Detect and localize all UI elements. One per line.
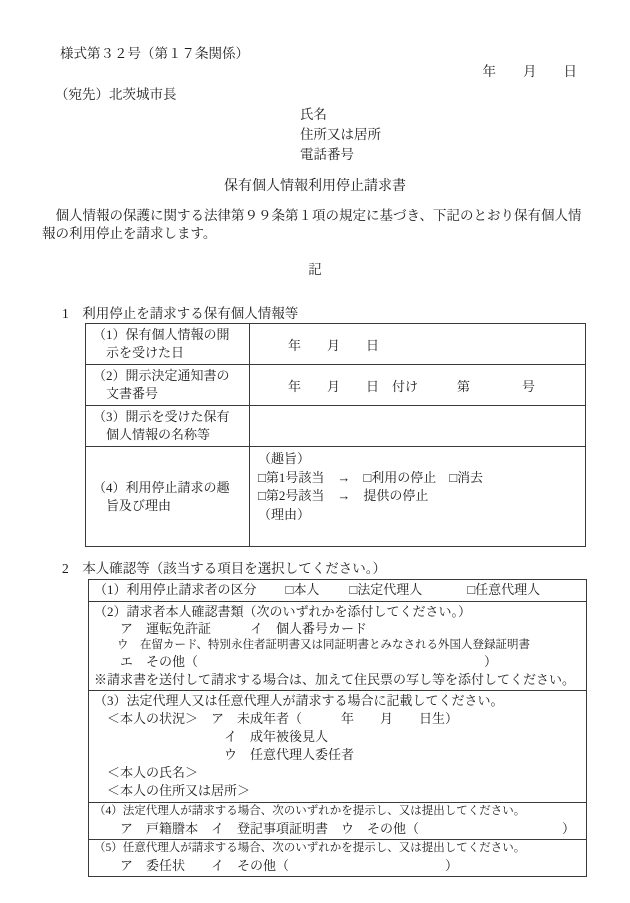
table-row: （3）開示を受けた保有 個人情報の名称等 bbox=[86, 406, 586, 447]
applicant-block: 氏名 住所又は居所 電話番号 bbox=[300, 105, 630, 165]
row-value-purpose-reason: （趣旨） □第1号該当 → □利用の停止 □消去 □第2号該当 → 提供の停止 … bbox=[250, 447, 586, 547]
legal-rep-documents-title: （4）法定代理人が請求する場合、次のいずれかを提示し、又は提出してください。 bbox=[94, 804, 582, 820]
checkbox-option-voluntary-rep: □任意代理人 bbox=[467, 581, 540, 599]
requester-category-row: （1）利用停止請求者の区分□本人□法定代理人□任意代理人 bbox=[89, 580, 587, 602]
table-row: （4）利用停止請求の趣 旨及び理由 （趣旨） □第1号該当 → □利用の停止 □… bbox=[86, 447, 586, 547]
document-title: 保有個人情報利用停止請求書 bbox=[0, 178, 630, 196]
checkbox-option-legal-rep: □法定代理人 bbox=[349, 581, 422, 599]
row-label-disclosure-date: （1）保有個人情報の開 示を受けた日 bbox=[86, 324, 250, 365]
addressee-line: （宛先）北茨城市長 bbox=[55, 86, 630, 103]
identity-verification-table: （1）利用停止請求者の区分□本人□法定代理人□任意代理人 （2）請求者本人確認書… bbox=[88, 579, 587, 877]
identity-doc-option-c: ウ 在留カード、特別永住者証明書又は同証明書とみなされる外国人登録証明書 bbox=[94, 638, 582, 654]
row-label-notice-doc-number: （2）開示決定通知書の 文書番号 bbox=[86, 365, 250, 406]
legal-rep-documents-row: （4）法定代理人が請求する場合、次のいずれかを提示し、又は提出してください。 ア… bbox=[89, 803, 587, 840]
principal-info-title: （3）法定代理人又は任意代理人が請求する場合に記載してください。 bbox=[94, 692, 582, 710]
row-label-purpose-reason: （4）利用停止請求の趣 旨及び理由 bbox=[86, 447, 250, 547]
row-label-info-name: （3）開示を受けた保有 個人情報の名称等 bbox=[86, 406, 250, 447]
table-row: （1）保有個人情報の開 示を受けた日 年 月 日 bbox=[86, 324, 586, 365]
identity-doc-option-a-b: ア 運転免許証 イ 個人番号カード bbox=[94, 620, 582, 638]
table-row: （1）利用停止請求者の区分□本人□法定代理人□任意代理人 bbox=[89, 580, 587, 602]
form-page: 様式第３２号（第１７条関係） 年 月 日 （宛先）北茨城市長 氏名 住所又は居所… bbox=[0, 0, 630, 903]
table-row: （2）請求者本人確認書類（次のいずれかを添付してください。） ア 運転免許証 イ… bbox=[89, 601, 587, 691]
table-row: （4）法定代理人が請求する場合、次のいずれかを提示し、又は提出してください。 ア… bbox=[89, 803, 587, 840]
principal-address-label: ＜本人の住所又は居所＞ bbox=[94, 782, 582, 800]
voluntary-rep-documents-title: （5）任意代理人が請求する場合、次のいずれかを提示し、又は提出してください。 bbox=[94, 841, 582, 857]
requester-category-label: （1）利用停止請求者の区分 bbox=[94, 582, 257, 597]
principal-status-minor: ＜本人の状況＞ ア 未成年者（ 年 月 日生） bbox=[94, 710, 582, 728]
voluntary-rep-documents-row: （5）任意代理人が請求する場合、次のいずれかを提示し、又は提出してください。 ア… bbox=[89, 840, 587, 877]
legal-rep-document-options: ア 戸籍謄本 イ 登記事項証明書 ウ その他（ ） bbox=[94, 820, 582, 838]
principal-status-delegator: ウ 任意代理人委任者 bbox=[94, 746, 582, 764]
identity-documents-title: （2）請求者本人確認書類（次のいずれかを添付してください。） bbox=[94, 603, 582, 621]
checkbox-option-self: □本人 bbox=[286, 581, 320, 599]
applicant-phone-label: 電話番号 bbox=[300, 145, 630, 165]
date-field: 年 月 日 bbox=[0, 63, 630, 80]
section2-heading: 2 本人確認等（該当する項目を選択してください。） bbox=[62, 560, 630, 577]
row-value-disclosure-date: 年 月 日 bbox=[250, 324, 586, 365]
row-value-info-name bbox=[250, 406, 586, 447]
table-row: （2）開示決定通知書の 文書番号 年 月 日 付け 第 号 bbox=[86, 365, 586, 406]
table-row: （3）法定代理人又は任意代理人が請求する場合に記載してください。 ＜本人の状況＞… bbox=[89, 691, 587, 803]
principal-name-label: ＜本人の氏名＞ bbox=[94, 764, 582, 782]
principal-info-row: （3）法定代理人又は任意代理人が請求する場合に記載してください。 ＜本人の状況＞… bbox=[89, 691, 587, 803]
voluntary-rep-document-options: ア 委任状 イ その他（ ） bbox=[94, 857, 582, 875]
section1-heading: 1 利用停止を請求する保有個人情報等 bbox=[62, 305, 630, 322]
ki-marker: 記 bbox=[0, 261, 630, 278]
table-row: （5）任意代理人が請求する場合、次のいずれかを提示し、又は提出してください。 ア… bbox=[89, 840, 587, 877]
mail-request-note: ※請求書を送付して請求する場合は、加えて住民票の写し等を添付してください。 bbox=[94, 671, 582, 689]
row-value-notice-doc-number: 年 月 日 付け 第 号 bbox=[250, 365, 586, 406]
principal-status-adult-ward: イ 成年被後見人 bbox=[94, 728, 582, 746]
intro-paragraph: 個人情報の保護に関する法律第９９条第１項の規定に基づき、下記のとおり保有個人情 … bbox=[42, 207, 592, 242]
stop-request-info-table: （1）保有個人情報の開 示を受けた日 年 月 日 （2）開示決定通知書の 文書番… bbox=[85, 323, 586, 547]
applicant-address-label: 住所又は居所 bbox=[300, 125, 630, 145]
identity-doc-option-d-other: エ その他（ ） bbox=[94, 653, 582, 671]
applicant-name-label: 氏名 bbox=[300, 105, 630, 125]
form-number: 様式第３２号（第１７条関係） bbox=[60, 45, 630, 62]
identity-documents-row: （2）請求者本人確認書類（次のいずれかを添付してください。） ア 運転免許証 イ… bbox=[89, 601, 587, 691]
